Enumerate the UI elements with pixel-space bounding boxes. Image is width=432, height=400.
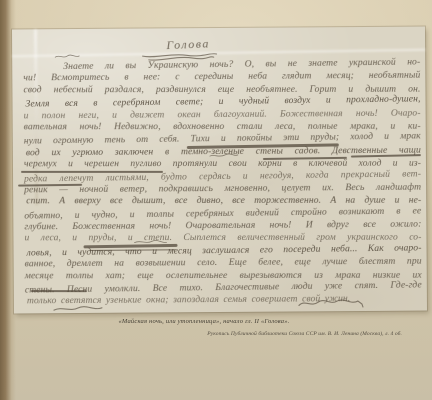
interlinear-correction — [54, 53, 80, 60]
caption-source: Рукопись Публичной библиотеки Союза ССР … — [142, 331, 402, 337]
strikethrough-mark — [31, 290, 87, 292]
manuscript-photo: Голова Знаете ли вы Украинскую ночь? О, … — [12, 27, 427, 314]
interlinear-correction — [133, 238, 167, 245]
manuscript-text: Знаете ли вы Украинскую ночь? О, вы не з… — [23, 58, 422, 309]
end-flourish — [52, 303, 104, 315]
signature-flourish — [296, 295, 368, 312]
book-page: Голова Знаете ли вы Украинскую ночь? О, … — [0, 0, 432, 400]
strikethrough-mark — [21, 171, 163, 173]
caption-title: «Майская ночь, или утопленница», начало … — [0, 318, 420, 325]
interlinear-correction — [209, 152, 239, 159]
manuscript-line: ванное, дремлет на возвышении село. Еще … — [25, 256, 422, 271]
